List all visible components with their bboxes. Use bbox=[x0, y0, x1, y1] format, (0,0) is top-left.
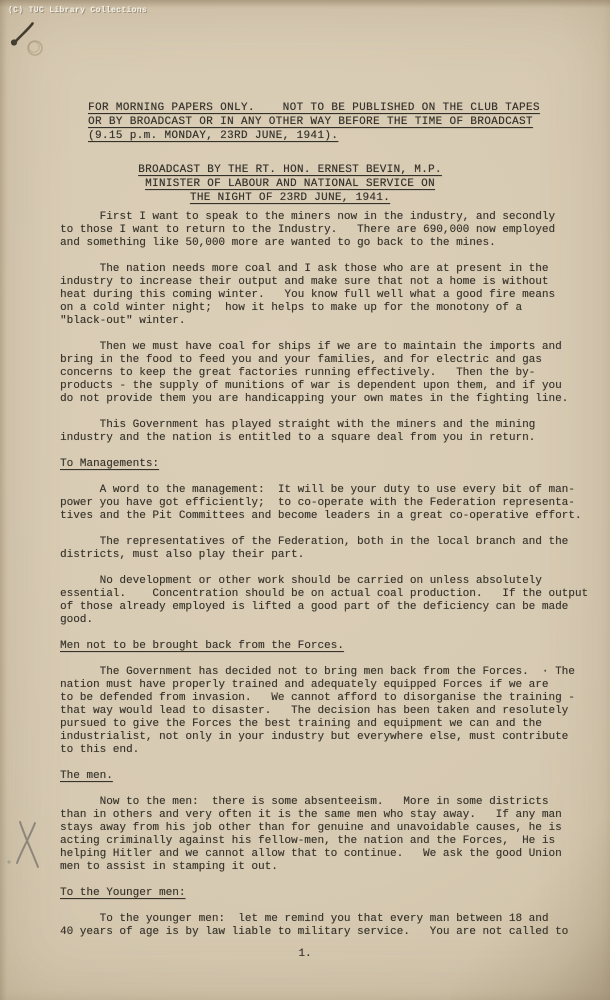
paragraph-nation-needs-coal: The nation needs more coal and I ask tho… bbox=[60, 263, 605, 328]
paragraph-absenteeism: Now to the men: there is some absenteeis… bbox=[60, 796, 605, 874]
pen-mark bbox=[0, 0, 60, 70]
paragraph-federation-reps: The representatives of the Federation, b… bbox=[60, 536, 605, 562]
document-page: (C) TUC Library Collections FOR MORNING … bbox=[0, 0, 610, 1000]
broadcast-title: BROADCAST BY THE RT. HON. ERNEST BEVIN, … bbox=[0, 163, 580, 205]
section-heading-forces: Men not to be brought back from the Forc… bbox=[60, 640, 605, 653]
paragraph-younger-men: To the younger men: let me remind you th… bbox=[60, 913, 605, 939]
section-heading-the-men: The men. bbox=[60, 770, 605, 783]
embargo-notice: FOR MORNING PAPERS ONLY. NOT TO BE PUBLI… bbox=[88, 101, 540, 143]
section-heading-younger-men: To the Younger men: bbox=[60, 887, 605, 900]
paragraph-no-development: No development or other work should be c… bbox=[60, 575, 605, 627]
paragraph-forces-decision: The Government has decided not to bring … bbox=[60, 666, 605, 757]
paragraph-word-to-management: A word to the management: It will be you… bbox=[60, 484, 605, 523]
paragraph-miners-intro: First I want to speak to the miners now … bbox=[60, 211, 605, 250]
document-body: First I want to speak to the miners now … bbox=[60, 211, 605, 952]
paragraph-coal-for-ships: Then we must have coal for ships if we a… bbox=[60, 341, 605, 406]
paragraph-square-deal: This Government has played straight with… bbox=[60, 419, 605, 445]
margin-x-mark bbox=[0, 800, 60, 880]
page-number: 1. bbox=[0, 948, 610, 960]
section-heading-managements: To Managements: bbox=[60, 458, 605, 471]
